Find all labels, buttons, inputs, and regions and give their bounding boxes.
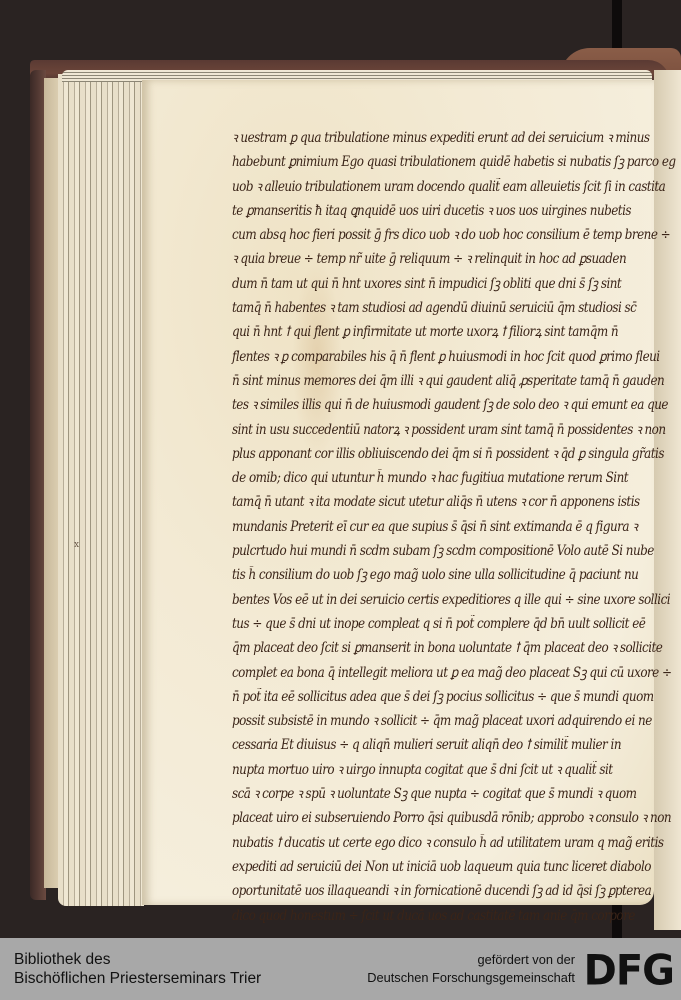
text-line: tis h̄ consilium do uob ſꝫ ego mag̃ uolo… xyxy=(232,563,584,587)
text-line: dum n̄ tam ut qui n̄ hnt uxores sint n̄ … xyxy=(232,272,584,296)
library-name-line1: Bibliothek des xyxy=(14,950,261,969)
text-line: cessaria Et diuisus ÷ q aliqn̄ mulieri s… xyxy=(232,733,584,757)
text-line: oportunitatē uos illaqueandi ꝛ in fornic… xyxy=(232,879,584,903)
text-line: scā ꝛ corpe ꝛ spū ꝛ uoluntate Sꝫ que nup… xyxy=(232,782,584,806)
text-line: tamq̄ n̄ habentes ꝛ tam studiosi ad agen… xyxy=(232,296,584,320)
text-line: sint in usu succedentiū natorꝝ ꝛ posside… xyxy=(232,418,584,442)
library-name-line2: Bischöflichen Priesterseminars Trier xyxy=(14,969,261,988)
footer-banner: Bibliothek des Bischöflichen Priestersem… xyxy=(0,938,681,1000)
text-line: bentes Vos eē ut in dei seruicio certis … xyxy=(232,588,584,612)
text-line: expediti ad seruiciū dei Non ut iniciā u… xyxy=(232,855,584,879)
dfg-logo: DFG xyxy=(584,948,674,994)
facing-page-edge xyxy=(654,70,681,930)
margin-mark: x xyxy=(74,540,79,550)
text-line: habebunt ꝑnimium Ego quasi tribulationem… xyxy=(232,150,584,174)
text-line: nupta mortuo uiro ꝛ uirgo innupta cogita… xyxy=(232,758,584,782)
text-line: uob ꝛ alleuio tribulationem uram docendo… xyxy=(232,175,584,199)
text-line: q̄m placeat deo ſcit si ꝑmanserit in bon… xyxy=(232,636,584,660)
text-line: plus apponant cor illis obliuiscendo dei… xyxy=(232,442,584,466)
text-line: nubatis ꝉ ducatis ut certe ego dico ꝛ co… xyxy=(232,831,584,855)
text-line: te ꝑmanseritis ħ itaq ꝗnquidē uos uiri d… xyxy=(232,199,584,223)
text-line: mundanis Preterit eī cur ea que supius s… xyxy=(232,515,584,539)
funding-line1: gefördert von der xyxy=(367,951,575,969)
text-line: ꝛ quia breue ÷ temp nr̃ uite ḡ reliquum … xyxy=(232,247,584,271)
text-line: tamq̄ n̄ utant ꝛ ita modate sicut utetur… xyxy=(232,490,584,514)
text-line: possit subsistē in mundo ꝛ sollicit ÷ q̄… xyxy=(232,709,584,733)
page-stack-edges xyxy=(58,74,144,906)
manuscript-text-block: ꝛ uestram ꝑ qua tribulatione minus exped… xyxy=(232,126,632,928)
manuscript-scan: x ꝛ uestram ꝑ qua tribulatione minus exp… xyxy=(0,0,681,938)
text-line: de omib; dico qui utuntur h̄ mundo ꝛ hac… xyxy=(232,466,584,490)
text-line: flentes ꝛ ꝑ comparabiles his q̄ n̄ flent… xyxy=(232,345,584,369)
text-line: tus ÷ que s̄ dni ut inope compleat q si … xyxy=(232,612,584,636)
text-line: dico quod honestum ÷ ſcit ut ducā uos ad… xyxy=(232,904,584,928)
text-line: n̄ sint minus memores dei q̄m illi ꝛ qui… xyxy=(232,369,584,393)
library-name: Bibliothek des Bischöflichen Priestersem… xyxy=(14,950,261,988)
text-line: tes ꝛ similes illis qui n̄ de huiusmodi … xyxy=(232,393,584,417)
funding-credit: gefördert von der Deutschen Forschungsge… xyxy=(367,951,575,987)
text-line: pulcrtudo hui mundi n̄ scdm subam ſꝫ scd… xyxy=(232,539,584,563)
funding-line2: Deutschen Forschungsgemeinschaft xyxy=(367,969,575,987)
text-line: complet ea bona q̄ intellegit meliora ut… xyxy=(232,661,584,685)
text-line: n̄ pot̃ ita eē sollicitus adea que s̄ de… xyxy=(232,685,584,709)
text-line: ꝛ uestram ꝑ qua tribulatione minus exped… xyxy=(232,126,584,150)
text-line: cum absq hoc fieri possit ḡ frs dico uob… xyxy=(232,223,584,247)
text-line: qui n̄ hnt ꝉ qui flent ꝑ infirmitate ut … xyxy=(232,320,584,344)
text-line: placeat uiro ei subseruiendo Porro q̄si … xyxy=(232,806,584,830)
